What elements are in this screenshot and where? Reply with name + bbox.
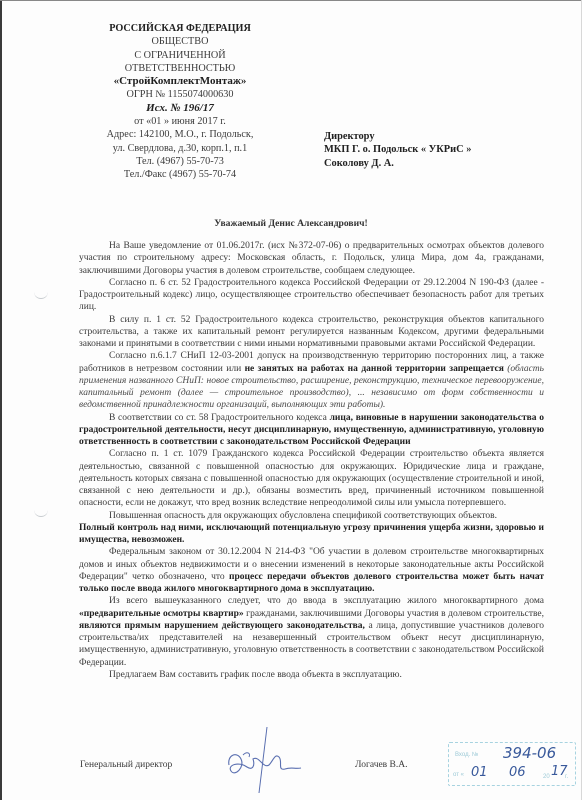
paragraph-5-text: В соответствии со ст. 58 Градостроительн…	[109, 413, 330, 423]
letterhead-address-1: Адрес: 142100, М.О., г. Подольск,	[96, 128, 264, 141]
paragraph-9: Федеральным законом от 30.12.2004 N 214-…	[79, 546, 544, 595]
incoming-registration-stamp: Вход. № 394-06 от « 01 06 20 17 г.	[448, 742, 576, 786]
stamp-incoming-number: 394-06	[503, 744, 556, 762]
paragraph-6: Согласно п. 1 ст. 1079 Гражданского коде…	[79, 448, 544, 509]
paragraph-4: Согласно п.6.1.7 СНиП 12-03-2001 допуск …	[79, 350, 544, 411]
addressee-organization: МКП Г. о. Подольск « УКРиС »	[324, 143, 471, 156]
outgoing-number: Исх. № 196/17	[96, 102, 264, 115]
paragraph-3: В силу п. 1 ст. 52 Градостроительного ко…	[79, 314, 544, 351]
greeting: Уважаемый Денис Александрович!	[0, 218, 582, 229]
letterhead-address-2: ул. Свердлова, д.30, корп.1, п.1	[96, 142, 264, 155]
stamp-month: 06	[509, 765, 526, 780]
letterhead: РОССИЙСКАЯ ФЕДЕРАЦИЯ ОБЩЕСТВО С ОГРАНИЧЕ…	[96, 22, 264, 182]
handwritten-signature-icon	[225, 725, 305, 795]
letterhead-ogrn: ОГРН № 1155074000630	[96, 88, 264, 101]
paragraph-1: На Ваше уведомление от 01.06.2017г. (исх…	[79, 240, 544, 277]
stamp-day: 01	[471, 765, 488, 780]
stamp-year-prefix: 20	[543, 774, 550, 780]
signatory-name: Логачев В.А.	[355, 760, 408, 770]
punch-hole-mark-icon	[34, 510, 48, 517]
paragraph-4-bold: не занятых на работах на данной территор…	[245, 364, 504, 374]
stamp-label-incoming: Вход. №	[455, 752, 478, 758]
addressee-position: Директору	[324, 130, 471, 143]
scan-edge-left	[0, 0, 2, 800]
letter-body: На Ваше уведомление от 01.06.2017г. (исх…	[79, 240, 544, 681]
letterhead-org-type-3: ОТВЕТСТВЕННОСТЬЮ	[96, 62, 264, 75]
punch-hole-mark-icon	[34, 292, 48, 299]
paragraph-10-text-b: гражданами, заключившими Договоры участи…	[244, 609, 544, 619]
letter-date: от «01 » июня 2017 г.	[96, 115, 264, 128]
letterhead-country: РОССИЙСКАЯ ФЕДЕРАЦИЯ	[96, 22, 264, 35]
paragraph-10: Из всего вышеуказанного следует, что до …	[79, 595, 544, 669]
paragraph-5: В соответствии со ст. 58 Градостроительн…	[79, 412, 544, 449]
paragraph-2: Согласно п. 6 ст. 52 Градостроительного …	[79, 277, 544, 314]
paragraph-11: Предлагаем Вам составить график после вв…	[79, 669, 544, 681]
stamp-year-g: г.	[565, 774, 568, 780]
paragraph-7: Повышенная опасность для окружающих обус…	[79, 510, 544, 522]
stamp-label-from: от «	[453, 772, 464, 778]
paragraph-8: Полный контроль над ними, исключающий по…	[79, 522, 544, 547]
paragraph-10-text-a: Из всего вышеуказанного следует, что до …	[109, 596, 544, 606]
addressee-name: Соколову Д. А.	[324, 157, 471, 170]
letterhead-fax: Тел./Факс (4967) 55-70-74	[96, 168, 264, 181]
paragraph-10-bold-a: «предварительные осмотры квартир»	[79, 609, 244, 619]
letterhead-org-name: «СтройКомплектМонтаж»	[96, 75, 264, 88]
letterhead-phone: Тел. (4967) 55-70-73	[96, 155, 264, 168]
letterhead-org-type-2: С ОГРАНИЧЕННОЙ	[96, 49, 264, 62]
paragraph-10-bold-b: являются прямым нарушением действующего …	[79, 621, 365, 631]
signatory-title: Генеральный директор	[80, 760, 172, 770]
letterhead-org-type-1: ОБЩЕСТВО	[96, 35, 264, 48]
scanned-letter-page: РОССИЙСКАЯ ФЕДЕРАЦИЯ ОБЩЕСТВО С ОГРАНИЧЕ…	[0, 0, 582, 800]
scan-edge-top	[0, 0, 582, 1]
paragraph-8-bold: Полный контроль над ними, исключающий по…	[79, 523, 544, 545]
addressee-block: Директору МКП Г. о. Подольск « УКРиС » С…	[324, 130, 471, 170]
